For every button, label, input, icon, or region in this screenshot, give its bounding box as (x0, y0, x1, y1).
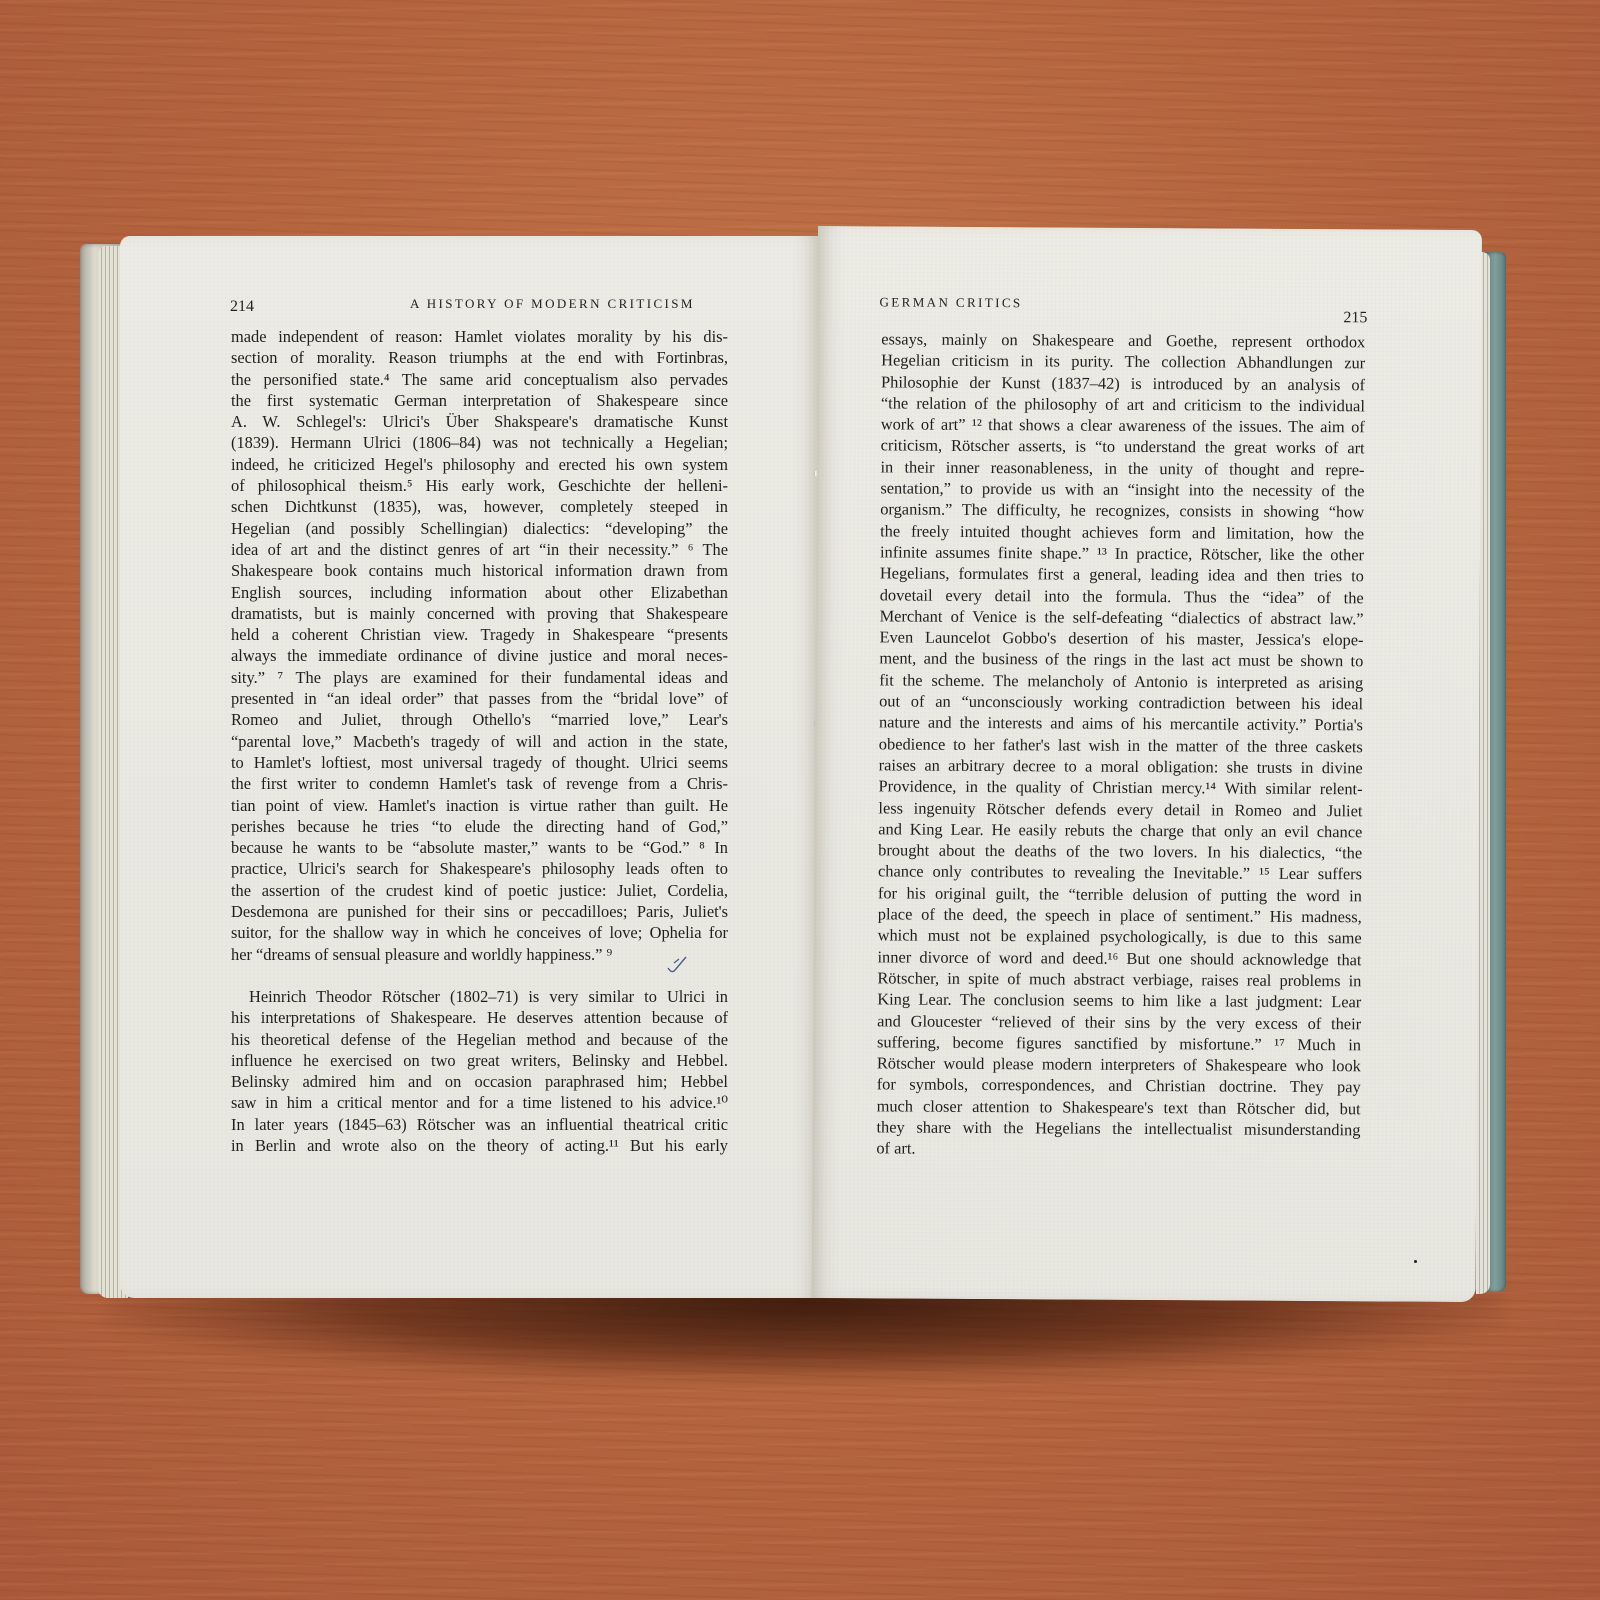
text-line: brought about the deaths of the two love… (878, 840, 1362, 864)
running-header-left: A HISTORY OF MODERN CRITICISM (410, 296, 695, 312)
text-line: less ingenuity Rötscher defends every de… (878, 797, 1362, 821)
text-line: the freely intuited thought achieves for… (880, 520, 1364, 544)
text-line: the personified state.⁴ The same arid co… (231, 369, 728, 390)
text-line: sity.” ⁷ The plays are examined for thei… (231, 667, 728, 688)
text-line: made independent of reason: Hamlet viola… (231, 326, 728, 347)
text-line: always the immediate ordinance of divine… (231, 645, 728, 666)
text-line: his theoretical defense of the Hegelian … (231, 1029, 728, 1050)
text-line: of art. (876, 1138, 1360, 1162)
text-line: infinite assumes finite shape.” ¹³ In pr… (880, 541, 1364, 565)
text-line: sentation,” to provide us with an “insig… (880, 477, 1364, 501)
page-number-right: 215 (1343, 309, 1367, 327)
text-line: nature and the interests and aims of his… (879, 712, 1363, 736)
text-line: presented in “an ideal order” that passe… (231, 688, 728, 709)
text-line: fit the scheme. The melancholy of Antoni… (879, 669, 1363, 693)
text-line: idea of art and the distinct genres of a… (231, 539, 728, 560)
text-line: dovetail every detail into the formula. … (880, 584, 1364, 608)
text-line: suffering, become figures sanctified by … (877, 1031, 1361, 1055)
text-line: Shakespeare book contains much historica… (231, 560, 728, 581)
text-line: his interpretations of Shakespeare. He d… (231, 1007, 728, 1028)
text-line: ment, and the business of the rings in t… (879, 648, 1363, 672)
text-line: indeed, he criticized Hegel's philosophy… (231, 454, 728, 475)
text-line: schen Dichtkunst (1835), was, however, c… (231, 496, 728, 517)
text-line: in Berlin and wrote also on the theory o… (231, 1135, 728, 1156)
text-line: Rötscher, in spite of much abstract verb… (877, 967, 1361, 991)
text-line: because he wants to be “absolute master,… (231, 837, 728, 858)
text-line: and Gloucester “relieved of their sins b… (877, 1010, 1361, 1034)
left-page: 214 A HISTORY OF MODERN CRITICISM made i… (120, 236, 820, 1298)
paper-speck (1414, 1260, 1417, 1263)
text-line: inner divorce of word and deed.¹⁶ But on… (877, 946, 1361, 970)
text-line: criticism, Rötscher asserts, is “to unde… (881, 435, 1365, 459)
text-line: and King Lear. He easily rebuts the char… (878, 818, 1362, 842)
text-line: which must not be explained psychologica… (878, 925, 1362, 949)
right-page: GERMAN CRITICS 215 essays, mainly on Sha… (811, 226, 1482, 1302)
page-number-left: 214 (230, 298, 254, 316)
text-line: for symbols, correspondences, and Christ… (877, 1074, 1361, 1098)
pencil-checkmark-icon (666, 954, 688, 976)
text-line: suitor, for the shallow way in which he … (231, 922, 728, 943)
text-line: in their inner reasonableness, in the un… (880, 456, 1364, 480)
text-line: In later years (1845–63) Rötscher was an… (231, 1114, 728, 1135)
text-line: (1839). Hermann Ulrici (1806–84) was not… (231, 432, 728, 453)
text-line: Desdemona are punished for their sins or… (231, 901, 728, 922)
text-line: chance only contributes to revealing the… (878, 861, 1362, 885)
text-line: section of morality. Reason triumphs at … (231, 347, 728, 368)
text-line: raises an arbitrary decree to a moral ob… (879, 754, 1363, 778)
text-line: held a coherent Christian view. Tragedy … (231, 624, 728, 645)
text-line: “the relation of the philosophy of art a… (881, 392, 1365, 416)
text-line: they share with the Hegelians the intell… (876, 1116, 1360, 1140)
text-line: perishes because he tries “to elude the … (231, 816, 728, 837)
text-line: Hegelians, formulates first a general, l… (880, 563, 1364, 587)
text-line: of philosophical theism.⁵ His early work… (231, 475, 728, 496)
text-line: Heinrich Theodor Rötscher (1802–71) is v… (231, 986, 728, 1007)
left-page-body: made independent of reason: Hamlet viola… (231, 326, 728, 1156)
text-line: English sources, including information a… (231, 582, 728, 603)
text-line: essays, mainly on Shakespeare and Goethe… (881, 328, 1365, 352)
text-line: the first writer to condemn Hamlet's tas… (231, 773, 728, 794)
text-line: Hegelian (and possibly Schellingian) dia… (231, 518, 728, 539)
text-line: “parental love,” Macbeth's tragedy of wi… (231, 731, 728, 752)
text-line: Philosophie der Kunst (1837–42) is intro… (881, 371, 1365, 395)
text-line: Hegelian criticism in its purity. The co… (881, 350, 1365, 374)
text-line: Romeo and Juliet, through Othello's “mar… (231, 709, 728, 730)
text-line: her “dreams of sensual pleasure and worl… (231, 944, 728, 965)
text-line: influence he exercised on two great writ… (231, 1050, 728, 1071)
text-line: much closer attention to Shakespeare's t… (877, 1095, 1361, 1119)
text-line: the assertion of the crudest kind of poe… (231, 880, 728, 901)
text-line: organism.” The difficulty, he recognizes… (880, 499, 1364, 523)
text-line: practice, Ulrici's search for Shakespear… (231, 858, 728, 879)
text-line: the first systematic German interpretati… (231, 390, 728, 411)
text-line: place of the deed, the speech in place o… (878, 903, 1362, 927)
text-line: King Lear. The conclusion seems to him l… (877, 989, 1361, 1013)
text-line: Providence, in the quality of Christian … (879, 776, 1363, 800)
paragraph-gap (231, 965, 728, 986)
text-line: tian point of view. Hamlet's inaction is… (231, 795, 728, 816)
text-line: dramatists, but is mainly concerned with… (231, 603, 728, 624)
text-line: A. W. Schlegel's: Ulrici's Über Shakspea… (231, 411, 728, 432)
text-line: Belinsky admired him and on occasion par… (231, 1071, 728, 1092)
text-line: obedience to her father's last wish in t… (879, 733, 1363, 757)
text-line: for his original guilt, the “terrible de… (878, 882, 1362, 906)
text-line: to Hamlet's loftiest, most universal tra… (231, 752, 728, 773)
text-line: work of art” ¹² that shows a clear aware… (881, 414, 1365, 438)
text-line: Even Launcelot Gobbo's desertion of his … (879, 627, 1363, 651)
text-line: Merchant of Venice is the self-defeating… (880, 605, 1364, 629)
right-page-body: essays, mainly on Shakespeare and Goethe… (876, 328, 1365, 1162)
text-line: out of an “unconsciously working contrad… (879, 690, 1363, 714)
text-line: Rötscher would please modern interpreter… (877, 1052, 1361, 1076)
text-line: saw in him a critical mentor and for a t… (231, 1092, 728, 1113)
running-header-right: GERMAN CRITICS (879, 294, 1022, 311)
